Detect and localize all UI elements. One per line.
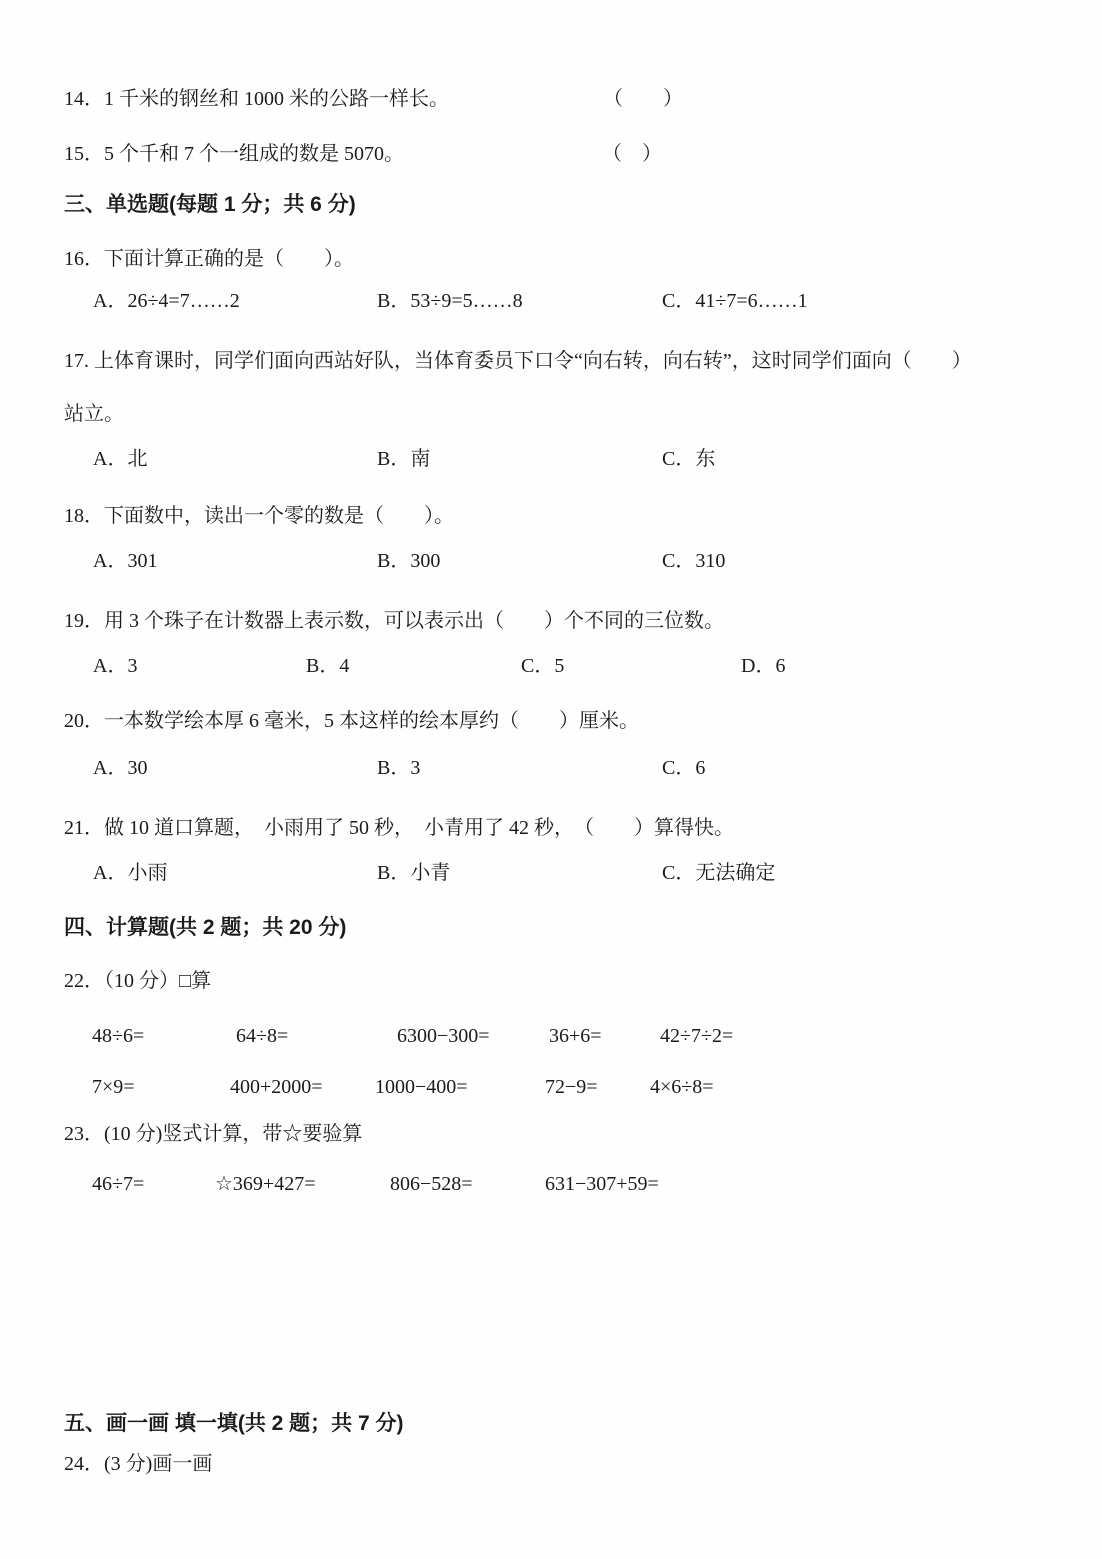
question-17-stem: 17. 上体育课时，同学们面向西站好队，当体育委员下口令“向右转，向右转”，这时…: [64, 348, 972, 374]
question-17-option-b: B．南: [377, 446, 430, 472]
question-16-stem: 16．下面计算正确的是（ ）。: [64, 246, 354, 272]
calc-expression-22-1: 48÷6=: [92, 1023, 144, 1049]
question-20-option-c: C．6: [662, 755, 705, 781]
question-17-option-c: C．东: [662, 446, 715, 472]
question-15-bracket: （ ）: [602, 141, 662, 167]
question-19-option-a: A．3: [93, 653, 137, 679]
question-16-option-a: A．26÷4=7……2: [93, 288, 240, 314]
question-14-bracket: （ ）: [603, 86, 683, 112]
calc-expression-23-2: ☆369+427=: [215, 1171, 316, 1197]
section-heading-calculation: 四、计算题(共 2 题；共 20 分): [64, 915, 346, 941]
question-20-option-b: B．3: [377, 755, 420, 781]
question-15-text: 15．5 个千和 7 个一组成的数是 5070。: [64, 141, 404, 167]
calc-expression-22-4: 36+6=: [549, 1023, 602, 1049]
question-21-option-a: A．小雨: [93, 860, 167, 886]
calc-expression-22-8: 1000−400=: [375, 1074, 468, 1100]
calc-expression-22-2: 64÷8=: [236, 1023, 288, 1049]
exam-paper-page: 14．1 千米的钢丝和 1000 米的公路一样长。 （ ） 15．5 个千和 7…: [0, 0, 1102, 1559]
question-19-option-d: D．6: [741, 653, 785, 679]
question-17-option-a: A．北: [93, 446, 147, 472]
question-21-option-b: B．小青: [377, 860, 450, 886]
calc-expression-23-1: 46÷7=: [92, 1171, 144, 1197]
question-23-stem: 23．(10 分)竖式计算，带☆要验算: [64, 1121, 362, 1147]
calc-expression-22-10: 4×6÷8=: [650, 1074, 714, 1100]
section-heading-draw-fill: 五、画一画 填一填(共 2 题；共 7 分): [64, 1411, 404, 1437]
question-22-stem: 22．（10 分）□算: [64, 968, 211, 994]
question-18-option-b: B．300: [377, 548, 440, 574]
calc-expression-22-3: 6300−300=: [397, 1023, 490, 1049]
calc-expression-23-4: 631−307+59=: [545, 1171, 659, 1197]
calc-expression-23-3: 806−528=: [390, 1171, 473, 1197]
question-14-text: 14．1 千米的钢丝和 1000 米的公路一样长。: [64, 86, 449, 112]
question-19-option-c: C．5: [521, 653, 564, 679]
question-18-stem: 18．下面数中，读出一个零的数是（ ）。: [64, 503, 454, 529]
question-24-stem: 24．(3 分)画一画: [64, 1451, 212, 1477]
question-20-stem: 20．一本数学绘本厚 6 毫米，5 本这样的绘本厚约（ ）厘米。: [64, 708, 639, 734]
question-18-option-a: A．301: [93, 548, 157, 574]
question-16-option-b: B．53÷9=5……8: [377, 288, 523, 314]
question-21-option-c: C．无法确定: [662, 860, 775, 886]
calc-expression-22-7: 400+2000=: [230, 1074, 323, 1100]
section-heading-single-choice: 三、单选题(每题 1 分；共 6 分): [64, 192, 356, 218]
calc-expression-22-9: 72−9=: [545, 1074, 598, 1100]
calc-expression-22-5: 42÷7÷2=: [660, 1023, 733, 1049]
question-19-option-b: B．4: [306, 653, 349, 679]
question-20-option-a: A．30: [93, 755, 147, 781]
calc-expression-22-6: 7×9=: [92, 1074, 135, 1100]
question-18-option-c: C．310: [662, 548, 725, 574]
question-19-stem: 19．用 3 个珠子在计数器上表示数，可以表示出（ ）个不同的三位数。: [64, 608, 724, 634]
question-17-stem-line2: 站立。: [64, 401, 124, 427]
question-21-stem: 21．做 10 道口算题， 小雨用了 50 秒， 小青用了 42 秒， （ ）算…: [64, 815, 734, 841]
question-16-option-c: C．41÷7=6……1: [662, 288, 808, 314]
